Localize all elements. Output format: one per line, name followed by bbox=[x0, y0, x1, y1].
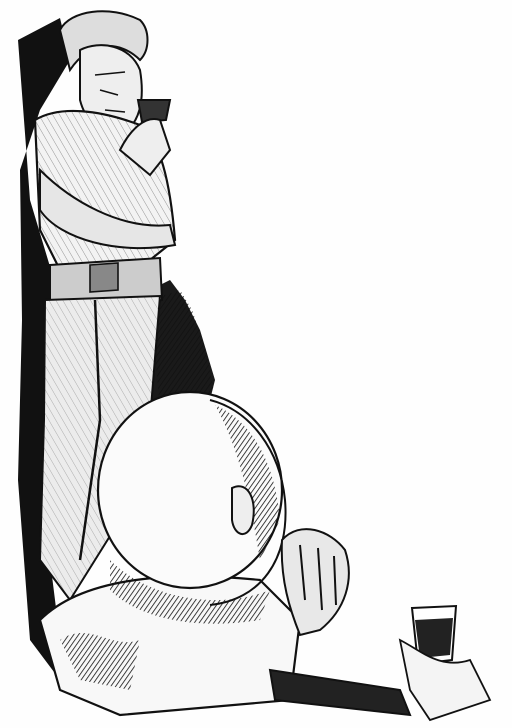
ink-illustration bbox=[0, 0, 512, 728]
drink-glass bbox=[400, 606, 490, 720]
illustration-canvas bbox=[0, 0, 512, 728]
